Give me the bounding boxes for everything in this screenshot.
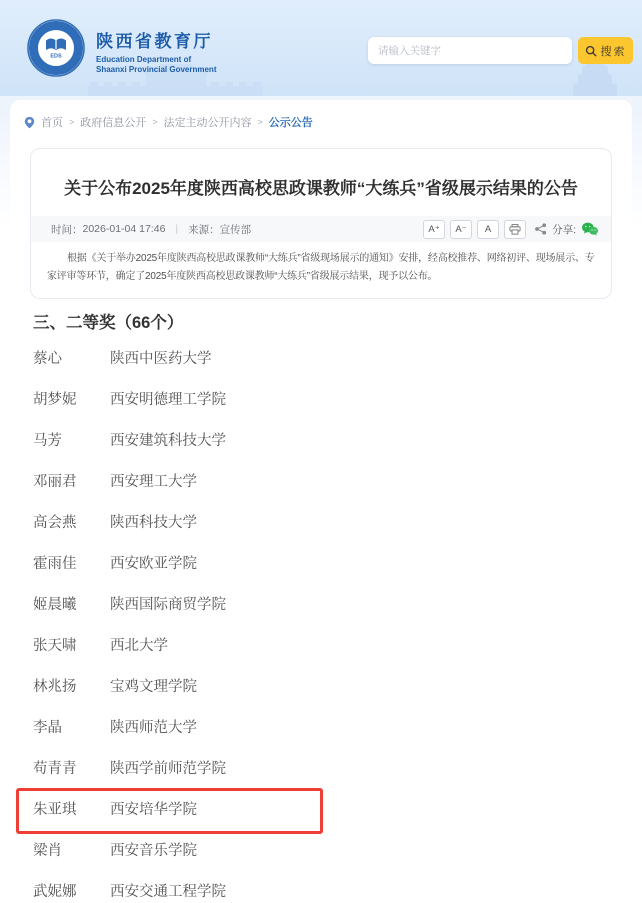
awardee-school: 西安欧亚学院	[110, 552, 197, 573]
awardee-name: 林兆扬	[33, 675, 110, 696]
awardee-name: 马芳	[33, 429, 110, 450]
table-row: 霍雨佳 西安欧亚学院	[33, 542, 612, 583]
site-header: EDS 陕西省教育厅 Education Department of Shaan…	[0, 0, 642, 96]
awardee-school: 西北大学	[110, 634, 168, 655]
meta-divider: |	[175, 223, 178, 235]
logo-text: EDS	[50, 54, 62, 60]
awardee-name: 胡梦妮	[33, 388, 110, 409]
table-row: 邓丽君 西安理工大学	[33, 460, 612, 501]
print-button[interactable]	[504, 220, 526, 239]
table-row: 苟青青 陕西学前师范学院	[33, 747, 612, 788]
article-meta-bar: 时间： 2026-01-04 17:46 | 来源： 宣传部 A⁺ A⁻ A	[31, 216, 611, 242]
article-body: 三、二等奖（66个） 蔡心 陕西中医药大学 胡梦妮 西安明德理工学院 马芳 西安…	[10, 309, 632, 903]
site-brand: 陕西省教育厅 Education Department of Shaanxi P…	[96, 27, 216, 75]
awardee-school: 西安建筑科技大学	[110, 429, 226, 450]
article-card: 关于公布2025年度陕西高校思政课教师“大练兵”省级展示结果的公告 时间： 20…	[30, 148, 612, 299]
site-subtitle: Education Department of Shaanxi Provinci…	[96, 55, 216, 75]
awardee-school: 西安交通工程学院	[110, 880, 226, 901]
table-row: 姬晨曦 陕西国际商贸学院	[33, 583, 612, 624]
meta-source-value: 宣传部	[220, 222, 252, 237]
breadcrumb-separator: >	[258, 117, 263, 127]
breadcrumb-separator: >	[152, 117, 157, 127]
article-intro: 根据《关于举办2025年度陕西高校思政课教师“大练兵”省级现场展示的通知》安排，…	[31, 242, 611, 298]
content-card: 首页>政府信息公开>法定主动公开内容>公示公告 关于公布2025年度陕西高校思政…	[10, 100, 632, 903]
awardee-school: 西安理工大学	[110, 470, 197, 491]
awardee-school: 宝鸡文理学院	[110, 675, 197, 696]
search-button[interactable]: 搜索	[578, 37, 633, 64]
awardee-school: 西安培华学院	[110, 798, 197, 819]
table-row: 高会燕 陕西科技大学	[33, 501, 612, 542]
awardee-name: 张天啸	[33, 634, 110, 655]
meta-toolbar: A⁺ A⁻ A	[423, 220, 599, 239]
awardee-school: 西安音乐学院	[110, 839, 197, 860]
awardee-name: 武妮娜	[33, 880, 110, 901]
table-row: 胡梦妮 西安明德理工学院	[33, 378, 612, 419]
table-row: 李晶 陕西师范大学	[33, 706, 612, 747]
site-title: 陕西省教育厅	[96, 27, 216, 52]
table-row: 林兆扬 宝鸡文理学院	[33, 665, 612, 706]
award-list: 蔡心 陕西中医药大学 胡梦妮 西安明德理工学院 马芳 西安建筑科技大学 邓丽君 …	[33, 337, 612, 903]
wechat-share-button[interactable]	[581, 222, 599, 236]
breadcrumb-item[interactable]: 首页	[41, 114, 63, 130]
awardee-name: 苟青青	[33, 757, 110, 778]
awardee-school: 陕西学前师范学院	[110, 757, 226, 778]
breadcrumb-item[interactable]: 公示公告	[269, 114, 313, 130]
share-label: 分享:	[552, 222, 576, 237]
breadcrumb-items: 首页>政府信息公开>法定主动公开内容>公示公告	[41, 114, 313, 130]
awardee-name: 高会燕	[33, 511, 110, 532]
page: EDS 陕西省教育厅 Education Department of Shaan…	[0, 0, 642, 903]
awardee-name: 蔡心	[33, 347, 110, 368]
breadcrumb: 首页>政府信息公开>法定主动公开内容>公示公告	[10, 100, 632, 130]
awardee-school: 陕西科技大学	[110, 511, 197, 532]
awardee-name: 梁肖	[33, 839, 110, 860]
printer-icon	[509, 224, 521, 235]
awardee-school: 陕西师范大学	[110, 716, 197, 737]
meta-time-label: 时间：	[51, 222, 83, 237]
breadcrumb-separator: >	[69, 117, 74, 127]
breadcrumb-item[interactable]: 政府信息公开	[80, 114, 146, 130]
awardee-name: 姬晨曦	[33, 593, 110, 614]
wechat-icon	[581, 222, 599, 236]
awardee-name: 霍雨佳	[33, 552, 110, 573]
font-reset-button[interactable]: A	[477, 220, 499, 239]
table-row: 梁肖 西安音乐学院	[33, 829, 612, 870]
awardee-name: 邓丽君	[33, 470, 110, 491]
article-title: 关于公布2025年度陕西高校思政课教师“大练兵”省级展示结果的公告	[51, 177, 591, 201]
table-row: 武妮娜 西安交通工程学院	[33, 870, 612, 903]
awardee-name: 朱亚琪	[33, 798, 110, 819]
awardee-school: 西安明德理工学院	[110, 388, 226, 409]
breadcrumb-item[interactable]: 法定主动公开内容	[164, 114, 252, 130]
search-input[interactable]	[368, 37, 572, 64]
table-row: 蔡心 陕西中医药大学	[33, 337, 612, 378]
share-nodes-icon[interactable]	[534, 223, 547, 235]
table-row: 张天啸 西北大学	[33, 624, 612, 665]
meta-source-label: 来源：	[188, 222, 220, 237]
section-heading: 三、二等奖（66个）	[33, 309, 612, 333]
font-decrease-button[interactable]: A⁻	[450, 220, 472, 239]
site-logo: EDS	[27, 19, 85, 77]
table-row-highlighted: 朱亚琪 西安培华学院	[33, 788, 612, 829]
awardee-school: 陕西国际商贸学院	[110, 593, 226, 614]
location-pin-icon	[24, 116, 35, 129]
search-icon	[585, 45, 597, 57]
awardee-name: 李晶	[33, 716, 110, 737]
font-increase-button[interactable]: A⁺	[423, 220, 445, 239]
meta-time-value: 2026-01-04 17:46	[83, 223, 166, 235]
awardee-school: 陕西中医药大学	[110, 347, 212, 368]
table-row: 马芳 西安建筑科技大学	[33, 419, 612, 460]
